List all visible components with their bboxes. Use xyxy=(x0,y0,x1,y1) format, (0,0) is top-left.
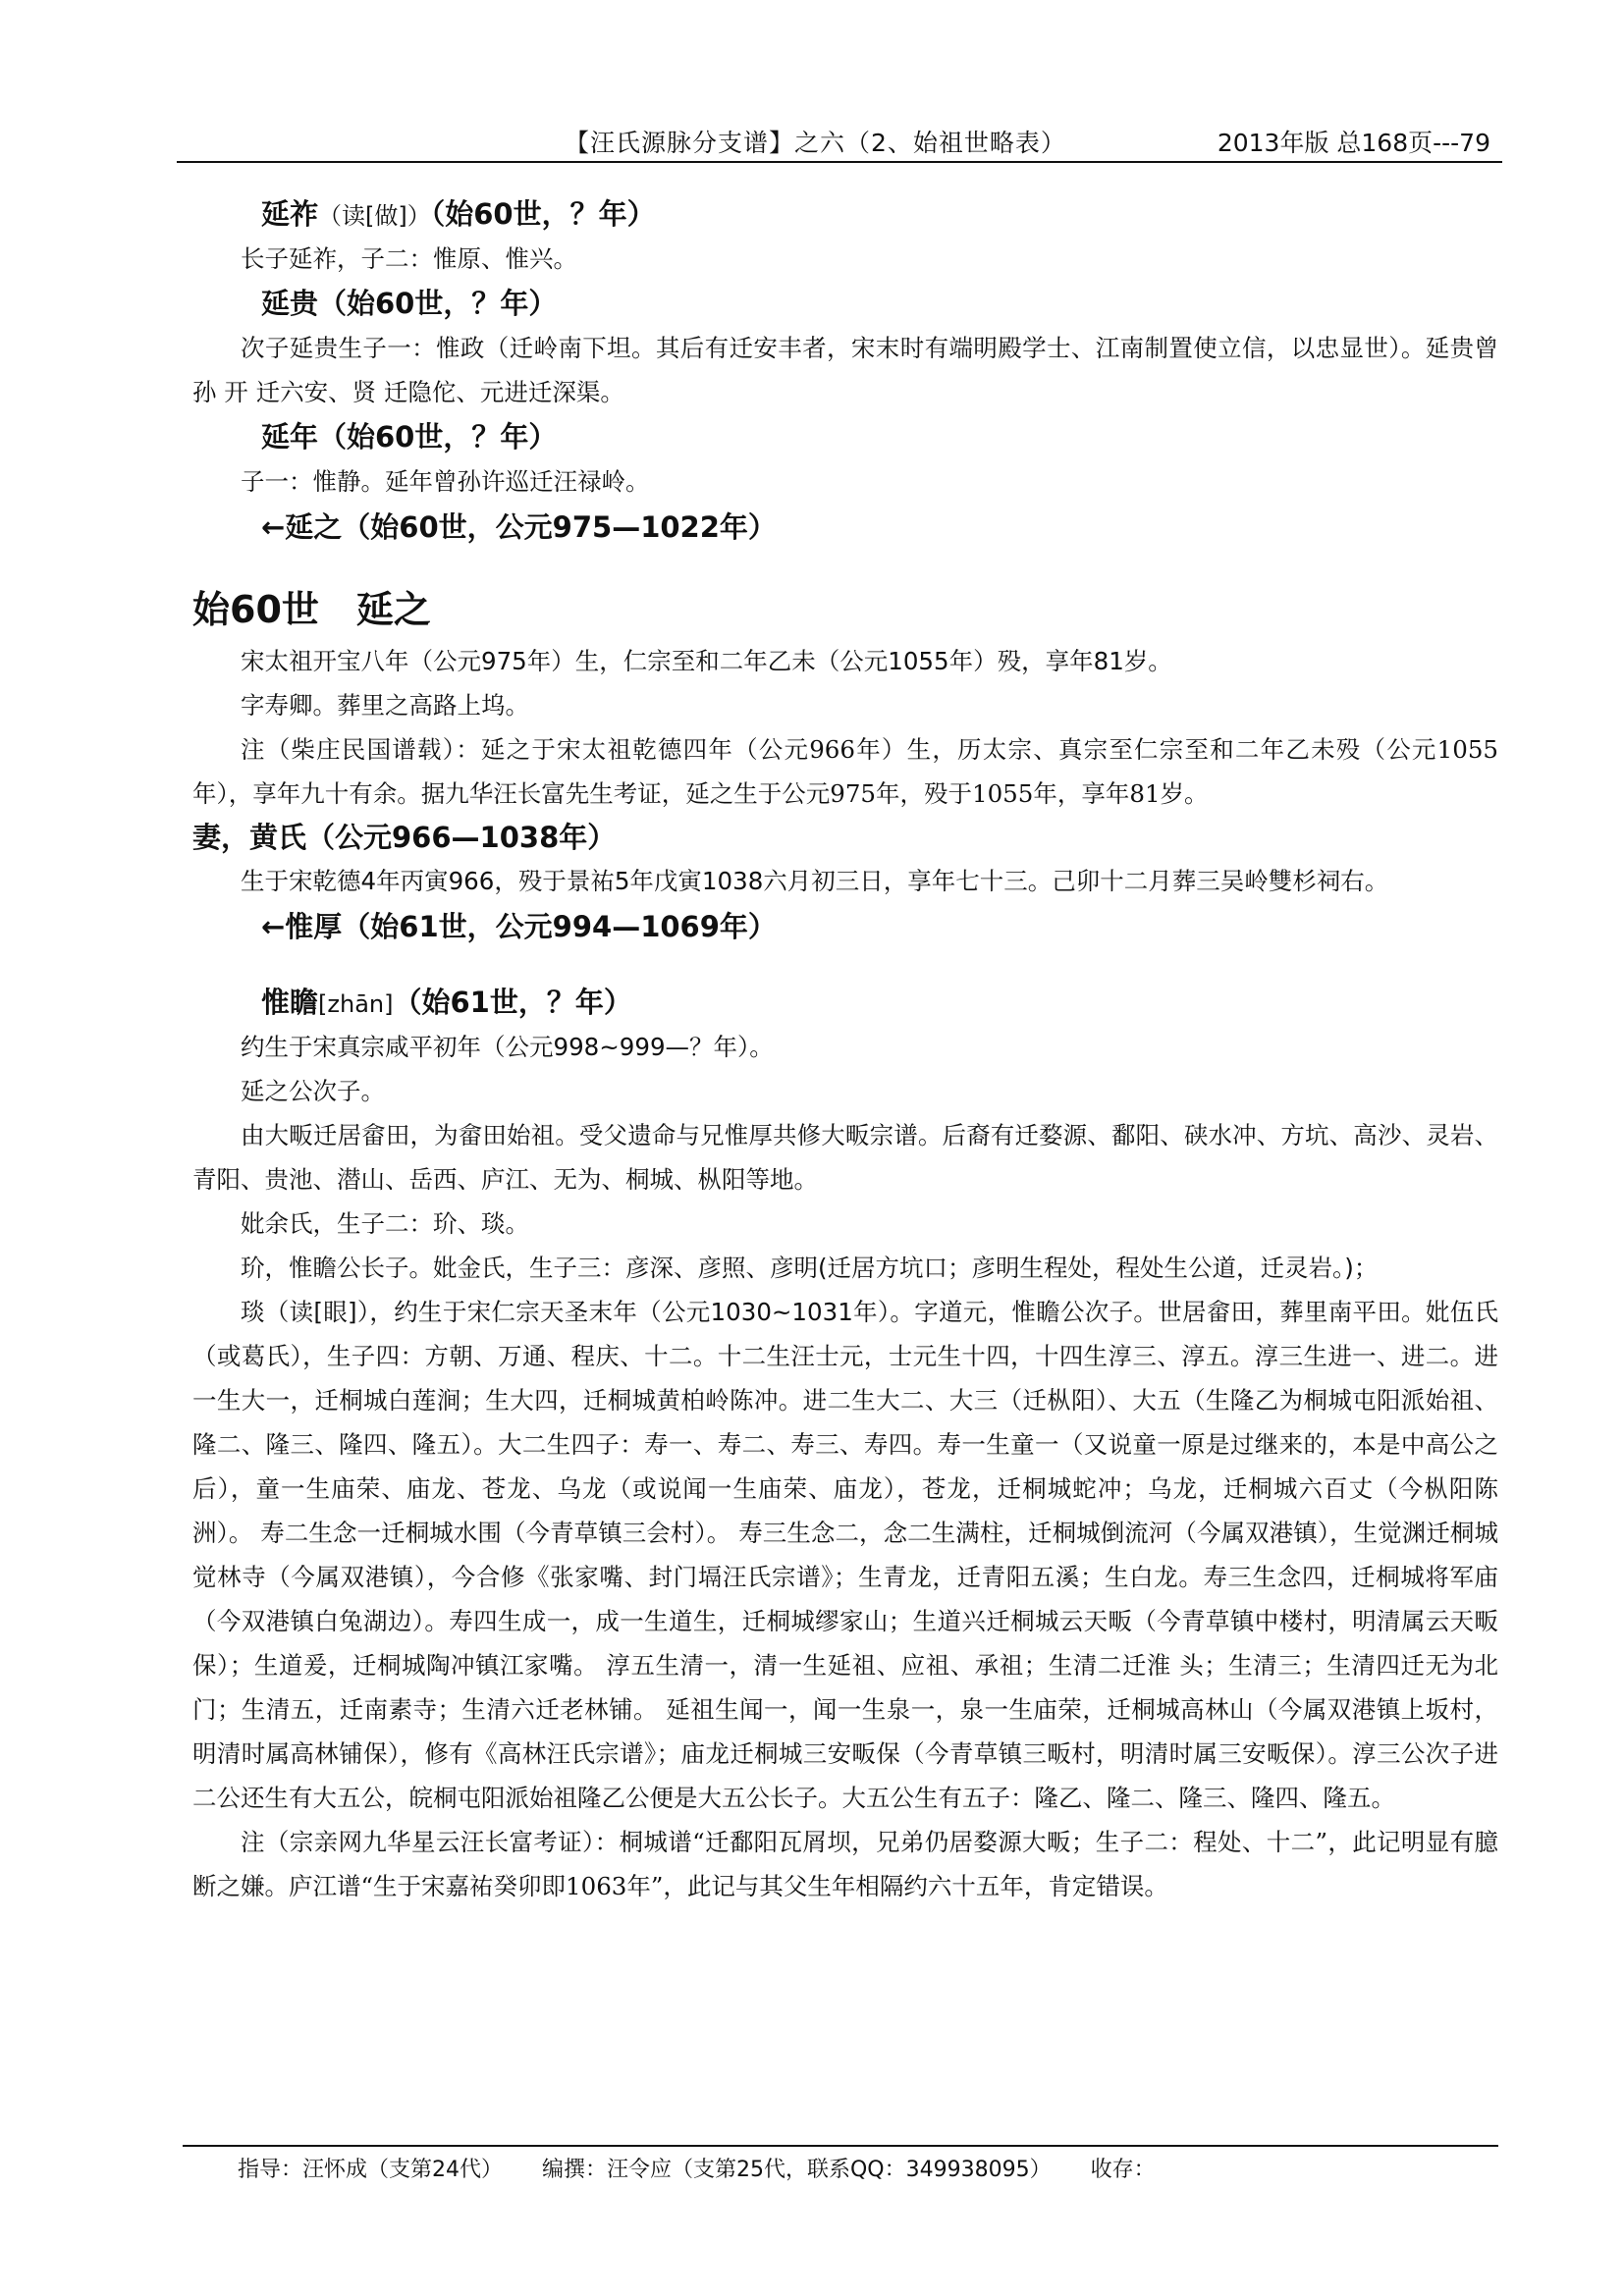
wife-heading: 妻，黄氏（公元966—1038年） xyxy=(192,816,1498,859)
link-weihou: ←惟厚（始61世，公元994—1069年） xyxy=(192,903,1498,950)
weizhan-generation: （始61世，？年） xyxy=(393,986,631,1019)
header-title: 【汪氏源脉分支谱】之六（2、始祖世略表） xyxy=(565,124,1066,159)
weizhan-wife: 妣余氏，生子二：玠、琰。 xyxy=(192,1201,1498,1246)
weizhan-migration: 由大畈迁居畲田，为畲田始祖。受父遗命与兄惟厚共修大畈宗谱。后裔有迁婺源、鄱阳、硖… xyxy=(192,1113,1498,1201)
yanzuo-name: 延祚 xyxy=(261,197,318,231)
weizhan-pinyin: [zhān] xyxy=(318,990,393,1018)
page-header: 【汪氏源脉分支谱】之六（2、始祖世略表） 2013年版 总168页---79 xyxy=(177,122,1502,163)
link-yanzhi: ←延之（始60世，公元975—1022年） xyxy=(192,504,1498,551)
document-page: 【汪氏源脉分支谱】之六（2、始祖世略表） 2013年版 总168页---79 延… xyxy=(0,0,1624,2296)
page-content: 延祚（读[做]）（始60世，？年） 长子延祚，子二：惟原、惟兴。 延贵（始60世… xyxy=(192,191,1498,1908)
main-note: 注（柴庄民国谱载）：延之于宋太祖乾德四年（公元966年）生，历太宗、真宗至仁宗至… xyxy=(192,727,1498,816)
weizhan-rank: 延之公次子。 xyxy=(192,1069,1498,1113)
heading-weizhan: 惟瞻[zhān]（始61世，？年） xyxy=(192,980,1498,1025)
heading-yangui: 延贵（始60世，？年） xyxy=(192,281,1498,326)
heading-yannian: 延年（始60世，？年） xyxy=(192,414,1498,459)
yangui-text: 次子延贵生子一：惟政（迁岭南下坦。其后有迁安丰者，宋末时有端明殿学士、江南制置使… xyxy=(192,326,1498,414)
yanzuo-reading: （读[做]） xyxy=(318,202,431,230)
yanzuo-generation: （始60世，？年） xyxy=(431,197,656,231)
weizhan-son-jie: 玠，惟瞻公长子。妣金氏，生子三：彦深、彦照、彦明(迁居方坑口；彦明生程处，程处生… xyxy=(192,1246,1498,1290)
footer-advisor: 指导：汪怀成（支第24代） xyxy=(238,2153,503,2183)
main-birth-death: 宋太祖开宝八年（公元975年）生，仁宗至和二年乙未（公元1055年）殁，享年81… xyxy=(192,639,1498,683)
page-footer: 指导：汪怀成（支第24代） 编撰：汪令应（支第25代，联系QQ：34993809… xyxy=(183,2145,1498,2183)
yanzuo-text: 长子延祚，子二：惟原、惟兴。 xyxy=(192,237,1498,281)
footer-collection: 收存： xyxy=(1091,2153,1156,2183)
heading-yanzuo: 延祚（读[做]）（始60世，？年） xyxy=(192,191,1498,237)
main-heading: 始60世 延之 xyxy=(192,580,1498,639)
weizhan-note: 注（宗亲网九华星云汪长富考证）：桐城谱“迁鄱阳瓦屑坝，兄弟仍居婺源大畈；生子二：… xyxy=(192,1820,1498,1908)
weizhan-son-yan: 琰（读[眼]），约生于宋仁宗天圣末年（公元1030~1031年）。字道元，惟瞻公… xyxy=(192,1290,1498,1820)
header-page-info: 2013年版 总168页---79 xyxy=(1218,124,1490,159)
main-courtesy-name: 字寿卿。葬里之高路上坞。 xyxy=(192,683,1498,727)
weizhan-name: 惟瞻 xyxy=(261,986,318,1019)
yannian-text: 子一：惟静。延年曾孙许巡迁汪禄岭。 xyxy=(192,459,1498,504)
weizhan-birth: 约生于宋真宗咸平初年（公元998~999—？年）。 xyxy=(192,1025,1498,1069)
footer-editor: 编撰：汪令应（支第25代，联系QQ：349938095） xyxy=(542,2153,1052,2183)
wife-text: 生于宋乾德4年丙寅966，殁于景祐5年戊寅1038六月初三日，享年七十三。己卯十… xyxy=(192,859,1498,903)
